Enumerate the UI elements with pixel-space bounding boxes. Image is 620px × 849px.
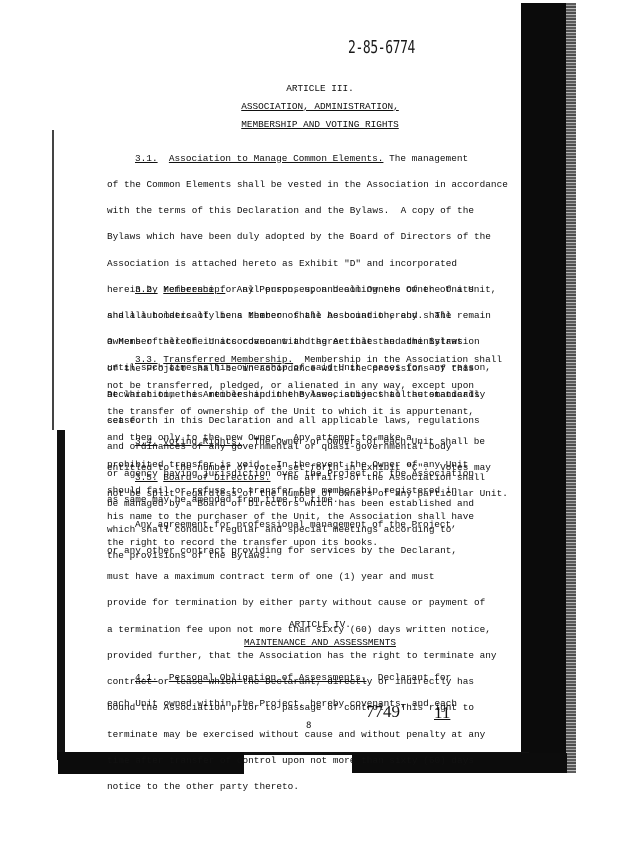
recording-stamp-number: 2-85-6774 [348,37,415,58]
section-heading: Personal Obligation of Assessments. [169,672,367,683]
article-4-title: ARTICLE IV. [170,619,470,630]
section-line: with the terms of this Declaration and t… [107,207,508,216]
article-3-subtitle-1: ASSOCIATION, ADMINISTRATION, [170,101,470,112]
section-first-line: 4.1. Personal Obligation of Assessments.… [107,674,457,683]
article-3-title: ARTICLE III. [170,83,470,94]
section-number: 3.2. [135,284,158,295]
section-number: 3.5. [135,472,158,483]
section-number: 3.1. [135,153,158,164]
section-heading: Transferred Membership. [163,354,293,365]
section-number: 3.3. [135,354,158,365]
section-first-line: 3.1. Association to Manage Common Elemen… [107,155,508,164]
paragraph-line: time after transfer of control upon not … [107,757,497,766]
section-first-line: 3.3. Transferred Membership. Membership … [107,356,502,365]
section-first-line: 3.2. Membership. Any Person, upon becomi… [107,286,496,295]
section-line: Association is attached hereto as Exhibi… [107,260,508,269]
paragraph-first-line: Any agreement for professional managemen… [107,521,497,530]
paragraph-line: provide for termination by either party … [107,599,497,608]
scan-edge-left-line [52,130,54,430]
section-line: shall automatically be a Member of the A… [107,312,496,321]
article-4-subtitle: MAINTENANCE AND ASSESSMENTS [170,637,470,648]
scan-margin-left [57,430,65,760]
section-line: the transfer of ownership of the Unit to… [107,408,502,417]
paragraph-line: or any other contract providing for serv… [107,547,497,556]
page-number: 8 [306,721,311,731]
paragraph-line: notice to the other party thereto. [107,783,497,792]
section-heading: Association to Manage Common Elements. [169,153,384,164]
section-line: not be transferred, pledged, or alienate… [107,382,502,391]
section-number: 3.4. [135,436,158,447]
book-number: 7749 [366,702,400,722]
section-number: 4.1. [135,672,158,683]
paragraph-line: must have a maximum contract term of one… [107,573,497,582]
section-4-1: 4.1. Personal Obligation of Assessments.… [107,656,457,726]
section-heading: Board of Directors. [163,472,270,483]
section-line: each Unit owned within the Project, here… [107,700,457,709]
section-heading: Voting Rights. [163,436,242,447]
section-line: of the Common Elements shall be vested i… [107,181,508,190]
section-heading: Membership. [163,284,225,295]
scan-margin-right [521,3,566,773]
section-first-line: 3.5. Board of Directors. The affairs of … [107,474,485,483]
section-first-line: 3.4. Voting Rights. The Owner or Owners … [107,438,508,447]
paragraph-line: terminate may be exercised without cause… [107,731,497,740]
section-line: Bylaws which have been duly adopted by t… [107,233,508,242]
article-3-subtitle-2: MEMBERSHIP AND VOTING RIGHTS [170,119,470,130]
book-page-number: 11 [434,703,450,723]
document-page: 2-85-6774 ARTICLE III. ASSOCIATION, ADMI… [0,0,620,849]
